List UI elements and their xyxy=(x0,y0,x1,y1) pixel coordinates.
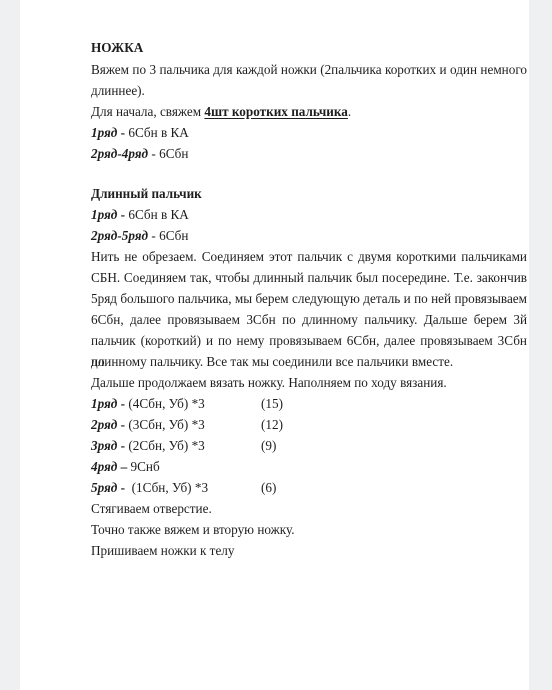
row-label: 1ряд xyxy=(91,396,117,411)
long-row-1: 1ряд - 6Сбн в КА xyxy=(91,204,527,225)
paragraph-line: пальчик (короткий) и по нему провязываем… xyxy=(91,330,527,351)
row-spec: (1Сбн, Уб) *3 xyxy=(132,480,208,495)
closing-line-1: Стягиваем отверстие. xyxy=(91,498,527,519)
row-sep: - xyxy=(117,396,128,411)
start-instruction: Для начала, свяжем 4шт коротких пальчика… xyxy=(91,101,527,122)
joining-paragraph: Нить не обрезаем. Соединяем этот пальчик… xyxy=(91,246,527,372)
leg-row-2: 2ряд - (3Сбн, Уб) *3 (12) xyxy=(91,414,527,435)
row-spec: 6Сбн xyxy=(159,228,188,243)
long-row-2: 2ряд-5ряд - 6Сбн xyxy=(91,225,527,246)
intro-line-1: Вяжем по 3 пальчика для каждой ножки (2п… xyxy=(91,59,527,80)
row-sep: - xyxy=(117,125,128,140)
document-content: НОЖКА Вяжем по 3 пальчика для каждой нож… xyxy=(91,37,527,561)
start-prefix: Для начала, свяжем xyxy=(91,104,204,119)
row-spec: 6Сбн xyxy=(159,146,188,161)
row-sep: – xyxy=(117,459,130,474)
paragraph-line: длинному пальчику. Все так мы соединили … xyxy=(91,351,527,372)
start-suffix: . xyxy=(348,104,351,119)
spacer xyxy=(91,164,527,183)
leg-row-1: 1ряд - (4Сбн, Уб) *3 (15) xyxy=(91,393,527,414)
short-row-2: 2ряд-4ряд - 6Сбн xyxy=(91,143,527,164)
section-title: НОЖКА xyxy=(91,37,527,59)
row-label: 5ряд xyxy=(91,480,117,495)
leg-row-5: 5ряд - (1Сбн, Уб) *3 (6) xyxy=(91,477,527,498)
row-label: 4ряд xyxy=(91,459,117,474)
row-label: 1ряд xyxy=(91,207,117,222)
row-label: 1ряд xyxy=(91,125,117,140)
row-label: 3ряд xyxy=(91,438,117,453)
start-emphasis: 4шт коротких пальчика xyxy=(204,104,348,119)
row-sep: - xyxy=(117,480,131,495)
row-label: 2ряд-4ряд xyxy=(91,146,148,161)
row-spec: (3Сбн, Уб) *3 xyxy=(128,417,204,432)
stitch-count: (12) xyxy=(261,414,283,435)
row-spec: 6Сбн в КА xyxy=(128,207,188,222)
row-spec: (4Сбн, Уб) *3 xyxy=(128,396,204,411)
document-page: НОЖКА Вяжем по 3 пальчика для каждой нож… xyxy=(20,0,529,690)
continue-text: Дальше продолжаем вязать ножку. Наполняе… xyxy=(91,372,527,393)
paragraph-line: 6Сбн, далее провязываем 3Сбн по длинному… xyxy=(91,309,527,330)
stitch-count: (9) xyxy=(261,435,276,456)
short-row-1: 1ряд - 6Сбн в КА xyxy=(91,122,527,143)
row-spec: 9Снб xyxy=(131,459,160,474)
stitch-count: (6) xyxy=(261,477,276,498)
paragraph-line: СБН. Соединяем так, чтобы длинный пальчи… xyxy=(91,267,527,288)
row-sep: - xyxy=(117,417,128,432)
row-label: 2ряд xyxy=(91,417,117,432)
row-sep: - xyxy=(148,228,159,243)
row-spec: 6Сбн в КА xyxy=(128,125,188,140)
closing-line-3: Пришиваем ножки к телу xyxy=(91,540,527,561)
row-sep: - xyxy=(148,146,159,161)
row-sep: - xyxy=(117,207,128,222)
closing-line-2: Точно также вяжем и вторую ножку. xyxy=(91,519,527,540)
long-finger-heading: Длинный пальчик xyxy=(91,183,527,204)
row-spec: (2Сбн, Уб) *3 xyxy=(128,438,204,453)
intro-line-2: длиннее). xyxy=(91,80,527,101)
paragraph-line: Нить не обрезаем. Соединяем этот пальчик… xyxy=(91,246,527,267)
paragraph-line: 5ряд большого пальчика, мы берем следующ… xyxy=(91,288,527,309)
leg-row-3: 3ряд - (2Сбн, Уб) *3 (9) xyxy=(91,435,527,456)
stitch-count: (15) xyxy=(261,393,283,414)
row-label: 2ряд-5ряд xyxy=(91,228,148,243)
row-sep: - xyxy=(117,438,128,453)
leg-row-4: 4ряд – 9Снб xyxy=(91,456,527,477)
